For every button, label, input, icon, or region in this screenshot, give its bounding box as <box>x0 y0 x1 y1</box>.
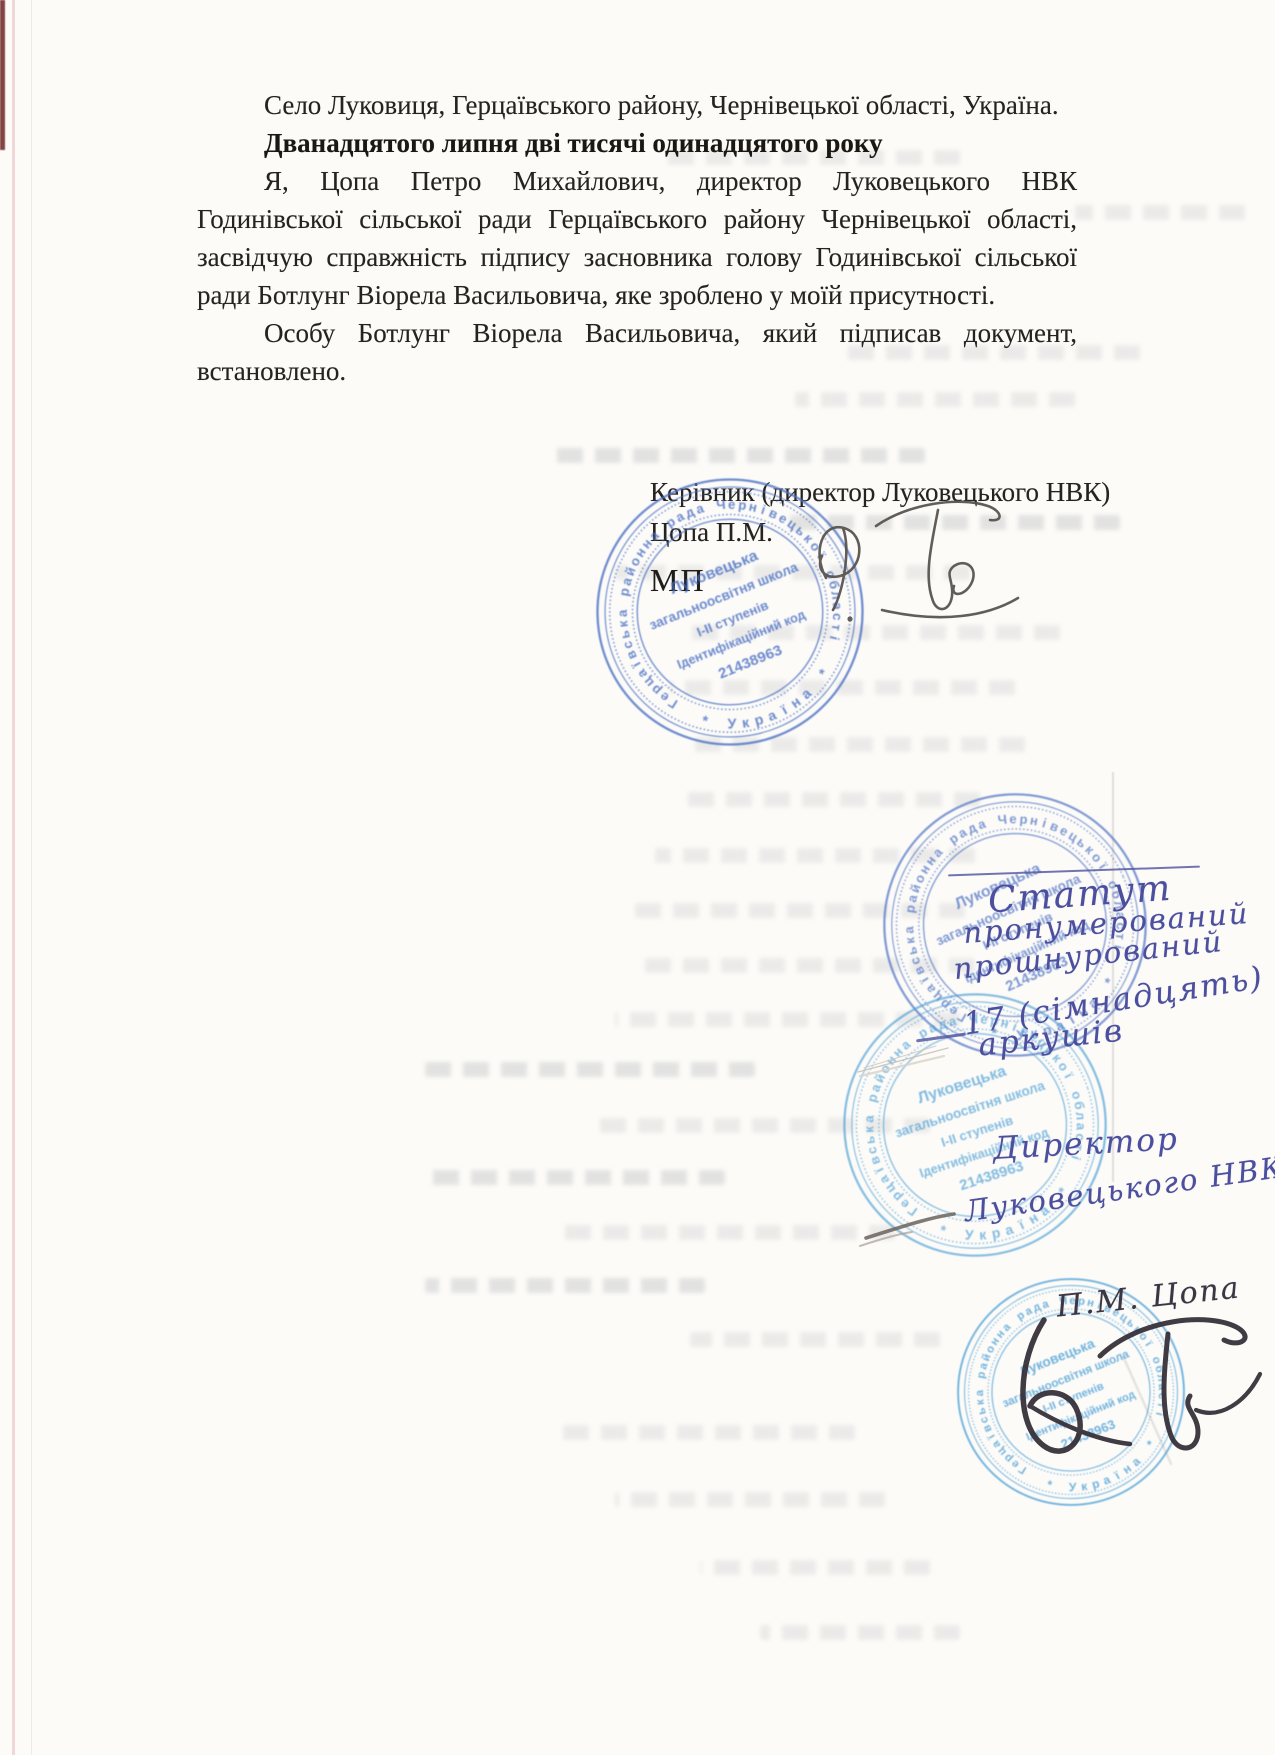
svg-text:*: * <box>700 713 709 730</box>
svg-text:к: к <box>1080 1479 1089 1494</box>
bleedthrough-text-ghost <box>795 392 1075 407</box>
bleedthrough-text-ghost <box>555 1425 855 1440</box>
svg-text:б: б <box>1071 1100 1087 1111</box>
svg-text:ї: ї <box>629 659 645 671</box>
paper-crease <box>856 1040 956 1080</box>
svg-text:і: і <box>827 634 842 641</box>
typed-text-block: Село Луковиця, Герцаївського району, Чер… <box>197 86 1077 390</box>
svg-text:к: к <box>615 620 631 629</box>
svg-text:с: с <box>619 639 636 651</box>
svg-text:*: * <box>816 666 833 680</box>
svg-text:с: с <box>907 955 924 967</box>
svg-text:р: р <box>1090 1476 1101 1491</box>
svg-text:Ч: Ч <box>716 497 727 513</box>
svg-text:к: к <box>902 936 918 945</box>
svg-text:а: а <box>615 609 630 617</box>
svg-text:а: а <box>976 816 988 833</box>
svg-text:ь: ь <box>617 629 633 640</box>
ink-smudge <box>858 1206 962 1250</box>
svg-text:е: е <box>728 497 736 512</box>
svg-text:р: р <box>990 1224 1001 1241</box>
svg-text:р: р <box>616 587 632 598</box>
svg-text:а: а <box>947 1013 958 1029</box>
svg-text:р: р <box>738 497 748 513</box>
svg-text:а: а <box>1101 1472 1113 1488</box>
svg-text:р: р <box>864 1092 881 1104</box>
scanner-streak <box>12 0 15 1755</box>
svg-text:е: е <box>1009 811 1017 826</box>
svg-text:ь: ь <box>862 1135 878 1145</box>
svg-text:У: У <box>1069 1480 1077 1494</box>
svg-text:ї: ї <box>1111 1468 1122 1483</box>
bleedthrough-text-ghost <box>615 1492 885 1507</box>
scanner-streak-faint <box>31 0 32 1755</box>
bleedthrough-text-ghost <box>555 1225 895 1240</box>
signature-flourish <box>972 1298 1262 1468</box>
svg-text:с: с <box>864 1145 880 1156</box>
svg-text:У: У <box>727 716 736 732</box>
bleedthrough-text-ghost <box>1075 205 1245 220</box>
svg-text:а: а <box>694 500 706 517</box>
certification-paragraph: Я, Цопа Петро Михайлович, директор Луков… <box>197 162 1077 314</box>
svg-text:л: л <box>1073 1111 1089 1121</box>
svg-text:о: о <box>1069 1089 1086 1101</box>
svg-text:*: * <box>1046 1477 1054 1492</box>
scanned-document-page: Село Луковиця, Герцаївського району, Чер… <box>0 0 1275 1755</box>
locality-line: Село Луковиця, Герцаївського району, Чер… <box>197 86 1077 124</box>
svg-text:ї: ї <box>778 702 791 719</box>
bleedthrough-text-ghost <box>425 1062 755 1077</box>
svg-text:р: р <box>1019 811 1028 827</box>
date-line: Дванадцятого липня дві тисячі одинадцято… <box>197 124 1077 162</box>
svg-text:У: У <box>964 1226 974 1242</box>
red-scan-line-artifact <box>0 0 5 150</box>
svg-text:і: і <box>1041 815 1049 830</box>
bleedthrough-text-ghost <box>700 1560 930 1575</box>
svg-text:а: а <box>1003 1221 1016 1239</box>
svg-text:н: н <box>1029 812 1039 828</box>
svg-text:а: а <box>861 1114 876 1123</box>
svg-text:в: в <box>867 1154 884 1167</box>
bleedthrough-text-ghost <box>425 1170 725 1185</box>
bleedthrough-text-ghost <box>680 792 980 807</box>
svg-text:р: р <box>902 904 918 914</box>
svg-text:к: к <box>861 1125 876 1133</box>
svg-text:к: к <box>741 715 751 732</box>
director-signature <box>792 486 1024 628</box>
svg-text:і: і <box>759 502 767 517</box>
svg-text:а: а <box>901 925 916 934</box>
svg-text:н: н <box>748 499 759 515</box>
svg-text:р: р <box>753 712 766 730</box>
svg-text:к: к <box>979 1226 988 1243</box>
svg-text:а: а <box>765 707 778 725</box>
svg-text:н: н <box>788 694 804 712</box>
svg-text:ї: ї <box>871 1165 887 1176</box>
bleedthrough-text-ghost <box>690 1332 940 1347</box>
bleedthrough-text-ghost <box>425 1278 705 1293</box>
svg-text:ь: ь <box>904 945 921 956</box>
identity-paragraph: Особу Ботлунг Віорела Васильовича, який … <box>197 314 1077 390</box>
svg-text:Ч: Ч <box>997 812 1008 828</box>
bleedthrough-text-ghost <box>760 1625 960 1640</box>
